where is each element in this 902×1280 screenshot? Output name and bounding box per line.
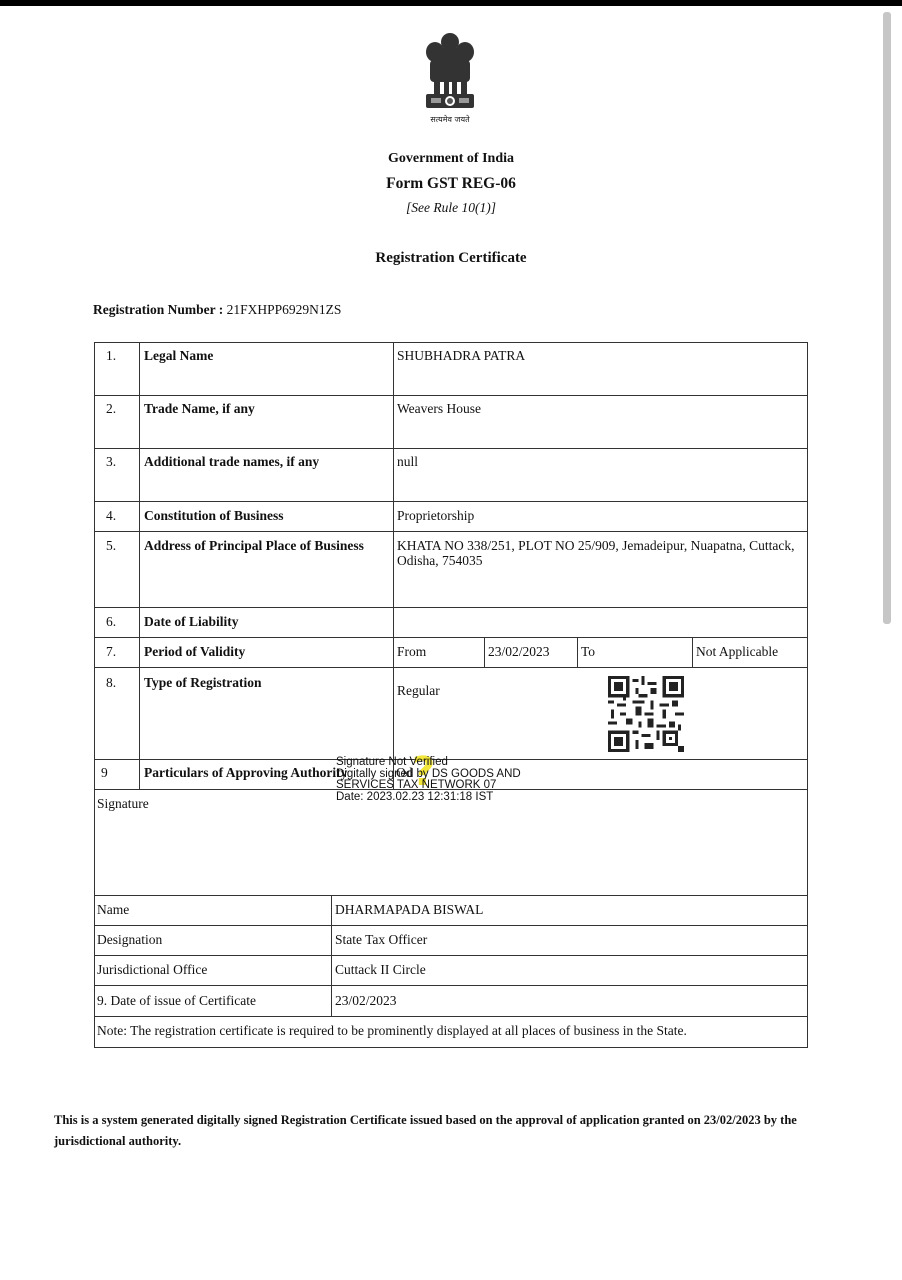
- signer-org-line: SERVICES TAX NETWORK 07: [336, 780, 521, 792]
- issue-date-value: 23/02/2023: [335, 993, 397, 1008]
- signature-date: Date: 2023.02.23 12:31:18 IST: [336, 792, 521, 804]
- authority-label: 9. Date of issue of Certificate: [97, 993, 256, 1008]
- row-number: 8.: [106, 675, 116, 690]
- validity-to-label: To: [581, 644, 595, 659]
- row-label: Particulars of Approving Authority: [144, 765, 347, 780]
- constitution-value: Proprietorship: [397, 508, 474, 523]
- signature-status: Signature Not Verified: [336, 757, 521, 769]
- registration-number-label: Registration Number :: [93, 302, 223, 317]
- row-label: Date of Liability: [144, 614, 239, 629]
- top-bar: [0, 0, 902, 6]
- designation-value: State Tax Officer: [335, 932, 427, 947]
- footer-statement: This is a system generated digitally sig…: [54, 1110, 854, 1152]
- registration-type-value: Regular: [397, 683, 440, 698]
- row-number: 5.: [106, 538, 116, 553]
- rule-reference: [See Rule 10(1)]: [0, 200, 902, 216]
- form-title: Form GST REG-06: [0, 175, 902, 193]
- row-number: 1.: [106, 348, 116, 363]
- row-number: 6.: [106, 614, 116, 629]
- row-number: 3.: [106, 454, 116, 469]
- row-number: 2.: [106, 401, 116, 416]
- government-heading: Government of India: [0, 151, 902, 167]
- trade-name-value: Weavers House: [397, 401, 481, 416]
- row-label: Type of Registration: [144, 675, 262, 690]
- validity-to-value: Not Applicable: [696, 644, 778, 659]
- address-value: KHATA NO 338/251, PLOT NO 25/909, Jemade…: [397, 538, 802, 568]
- row-number: 9: [101, 765, 108, 780]
- legal-name-value: SHUBHADRA PATRA: [397, 348, 525, 363]
- row-label: Address of Principal Place of Business: [144, 538, 374, 553]
- national-emblem-icon: [418, 30, 482, 112]
- authority-label: Designation: [97, 932, 162, 947]
- emblem-motto: सत्यमेव जयते: [400, 114, 500, 125]
- digital-signature-stamp[interactable]: Signature Not Verified Digitally signed …: [336, 757, 521, 803]
- row-label: Period of Validity: [144, 644, 245, 659]
- row-number: 7.: [106, 644, 116, 659]
- row-label: Trade Name, if any: [144, 401, 255, 416]
- signature-label: Signature: [97, 796, 149, 811]
- row-label: Legal Name: [144, 348, 213, 363]
- registration-number-value: 21FXHPP6929N1ZS: [227, 302, 342, 317]
- additional-trade-names-value: null: [397, 454, 418, 469]
- row-label: Additional trade names, if any: [144, 454, 319, 469]
- jurisdictional-office-value: Cuttack II Circle: [335, 962, 426, 977]
- authority-label: Jurisdictional Office: [97, 962, 207, 977]
- row-number: 4.: [106, 508, 116, 523]
- validity-from-label: From: [397, 644, 426, 659]
- qr-code-icon: [608, 676, 684, 752]
- vertical-scrollbar[interactable]: [883, 12, 891, 624]
- row-label: Constitution of Business: [144, 508, 284, 523]
- authority-label: Name: [97, 902, 129, 917]
- certificate-title: Registration Certificate: [0, 250, 902, 267]
- registration-number-line: Registration Number : 21FXHPP6929N1ZS: [93, 302, 341, 318]
- officer-name-value: DHARMAPADA BISWAL: [335, 902, 483, 917]
- display-note: Note: The registration certificate is re…: [97, 1023, 687, 1038]
- validity-from-value: 23/02/2023: [488, 644, 550, 659]
